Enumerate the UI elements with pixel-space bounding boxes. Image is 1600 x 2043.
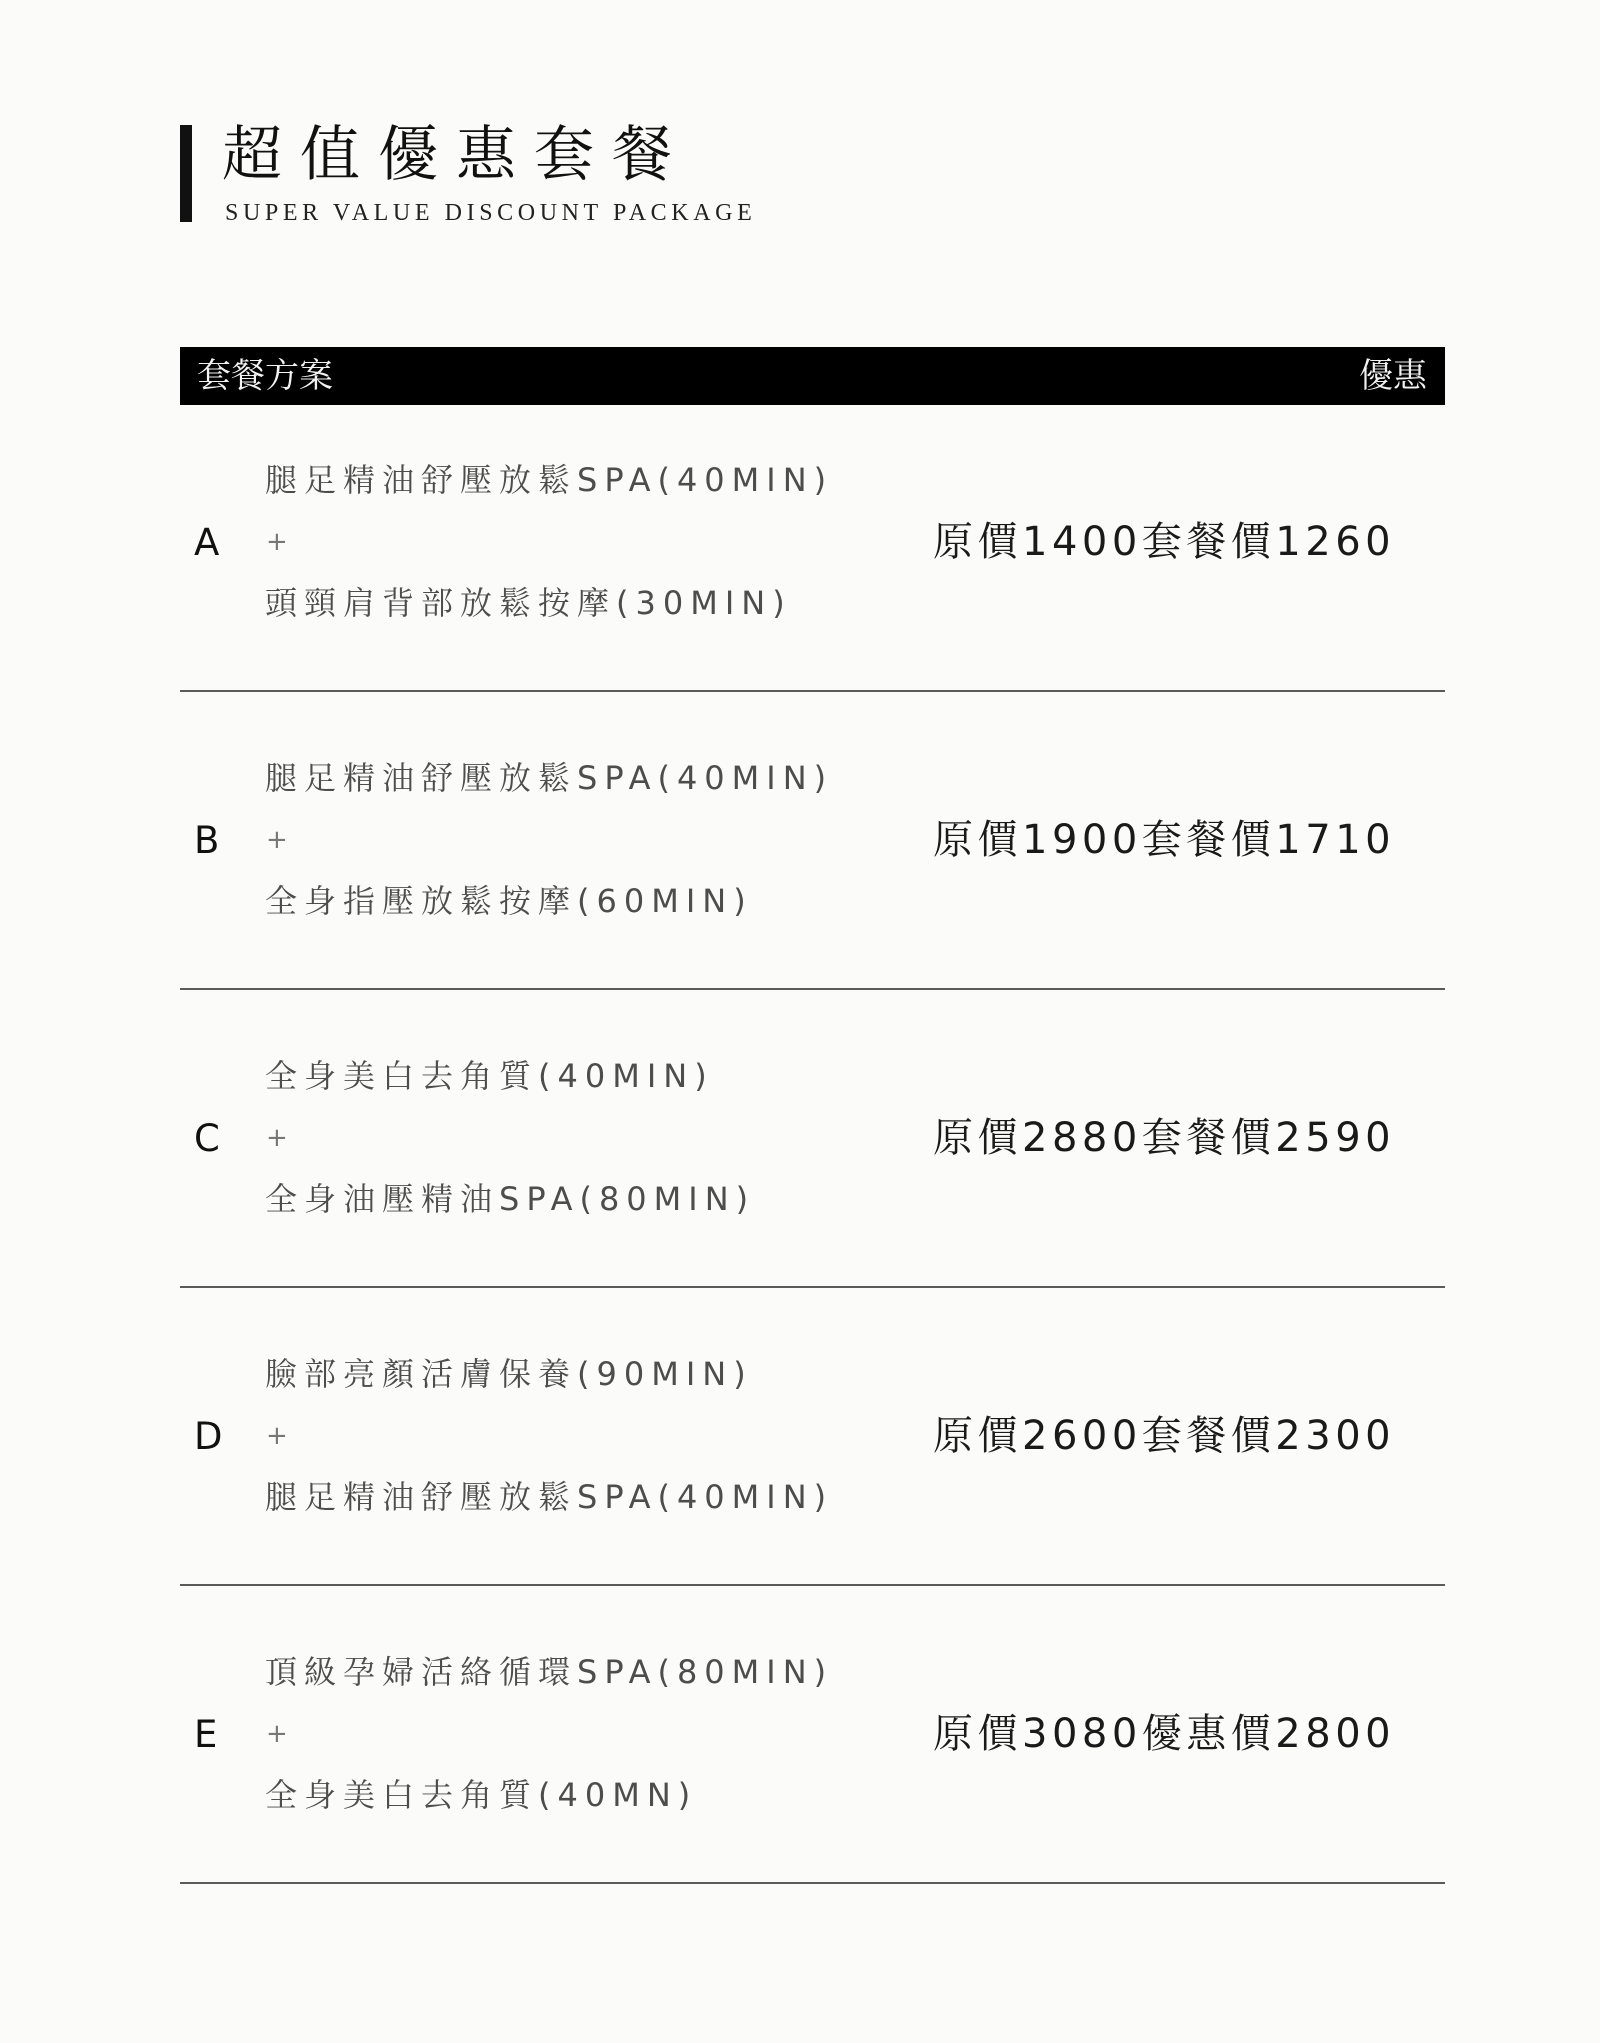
package-service-1: 腿足精油舒壓放鬆SPA(40MIN) (265, 460, 833, 500)
package-price: 原價1900套餐價1710 (933, 816, 1395, 864)
package-service-2: 頭頸肩背部放鬆按摩(30MIN) (265, 583, 792, 623)
package-letter: B (194, 819, 219, 863)
package-service-2: 全身油壓精油SPA(80MIN) (265, 1179, 755, 1219)
column-header-package: 套餐方案 (197, 356, 333, 396)
title-accent-bar (180, 125, 192, 222)
row-divider (180, 690, 1445, 692)
plus-icon: + (266, 1719, 288, 1749)
package-service-2: 全身美白去角質(40MN) (265, 1775, 697, 1815)
package-service-1: 全身美白去角質(40MIN) (265, 1056, 714, 1096)
package-row-b: B 腿足精油舒壓放鬆SPA(40MIN) + 全身指壓放鬆按摩(60MIN) 原… (180, 703, 1445, 1001)
package-letter: E (194, 1713, 217, 1757)
column-header-discount: 優惠 (1359, 356, 1427, 396)
package-service-1: 腿足精油舒壓放鬆SPA(40MIN) (265, 758, 833, 798)
package-price: 原價1400套餐價1260 (933, 518, 1395, 566)
package-letter: D (194, 1415, 223, 1459)
plus-icon: + (266, 1123, 288, 1153)
package-service-2: 腿足精油舒壓放鬆SPA(40MIN) (265, 1477, 833, 1517)
package-row-d: D 臉部亮顏活膚保養(90MIN) + 腿足精油舒壓放鬆SPA(40MIN) 原… (180, 1299, 1445, 1597)
plus-icon: + (266, 1421, 288, 1451)
package-row-e: E 頂級孕婦活絡循環SPA(80MIN) + 全身美白去角質(40MN) 原價3… (180, 1597, 1445, 1895)
row-divider (180, 1584, 1445, 1586)
package-letter: A (194, 521, 219, 565)
package-letter: C (194, 1117, 220, 1161)
plus-icon: + (266, 825, 288, 855)
row-divider (180, 1286, 1445, 1288)
package-price: 原價2880套餐價2590 (933, 1114, 1395, 1162)
page-title: 超值優惠套餐 (222, 118, 690, 192)
row-divider (180, 1882, 1445, 1884)
package-row-c: C 全身美白去角質(40MIN) + 全身油壓精油SPA(80MIN) 原價28… (180, 1001, 1445, 1299)
table-header: 套餐方案 優惠 (180, 347, 1445, 405)
package-service-2: 全身指壓放鬆按摩(60MIN) (265, 881, 753, 921)
package-row-a: A 腿足精油舒壓放鬆SPA(40MIN) + 頭頸肩背部放鬆按摩(30MIN) … (180, 405, 1445, 703)
package-service-1: 臉部亮顏活膚保養(90MIN) (265, 1354, 753, 1394)
page-subtitle: SUPER VALUE DISCOUNT PACKAGE (225, 198, 756, 228)
plus-icon: + (266, 527, 288, 557)
package-price: 原價2600套餐價2300 (933, 1412, 1395, 1460)
row-divider (180, 988, 1445, 990)
package-price: 原價3080優惠價2800 (933, 1710, 1395, 1758)
package-service-1: 頂級孕婦活絡循環SPA(80MIN) (265, 1652, 833, 1692)
